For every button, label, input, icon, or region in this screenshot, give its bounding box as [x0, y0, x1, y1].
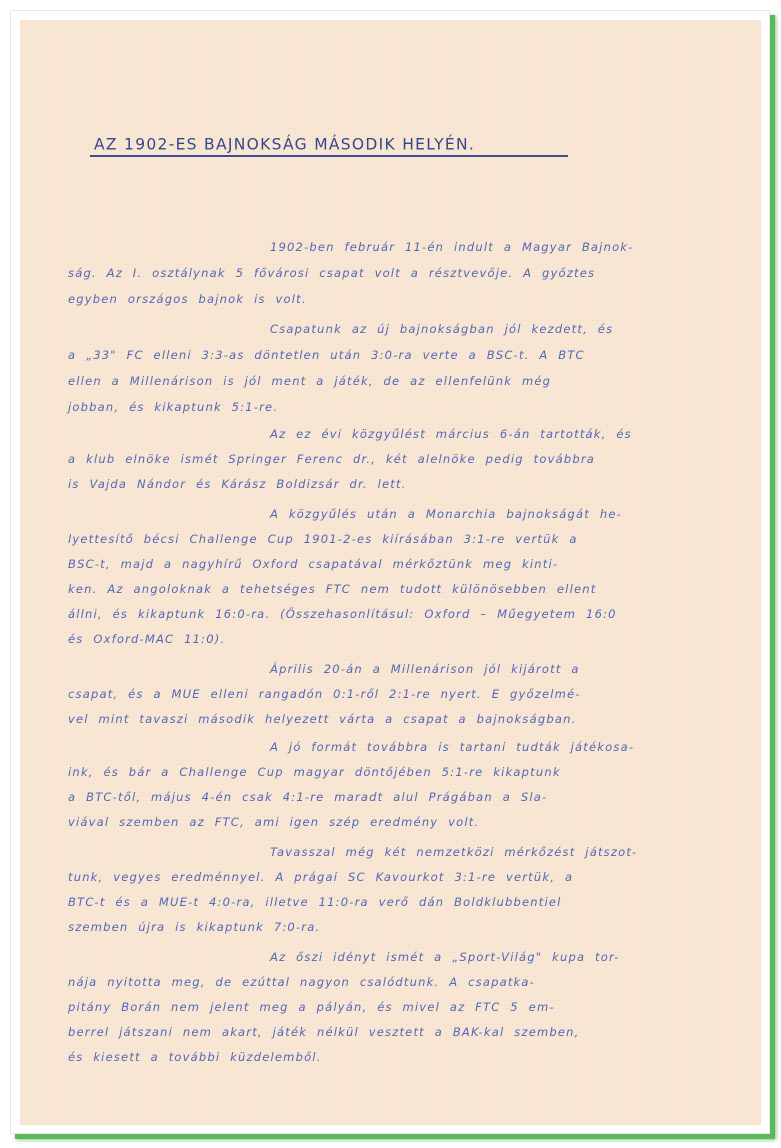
text-line: viával szemben az FTC, ami igen szép ere… [68, 815, 479, 829]
text-line: a klub elnöke ismét Springer Ferenc dr.,… [68, 452, 595, 466]
text-line: a BTC-től, május 4-én csak 4:1-re maradt… [68, 790, 547, 804]
text-line: Az ez évi közgyűlést március 6-án tartot… [270, 427, 632, 441]
text-line: Az őszi idényt ismét a „Sport-Világ" kup… [270, 950, 620, 964]
text-line: jobban, és kikaptunk 5:1-re. [68, 400, 278, 414]
text-line: szemben újra is kikaptunk 7:0-ra. [68, 920, 320, 934]
text-line: is Vajda Nándor és Kárász Boldizsár dr. … [68, 477, 407, 491]
text-line: vel mint tavaszi második helyezett várta… [68, 712, 576, 726]
text-line: Tavasszal még két nemzetközi mérkőzést j… [270, 845, 637, 859]
text-line: BTC-t és a MUE-t 4:0-ra, illetve 11:0-ra… [68, 895, 562, 909]
text-line: és kiesett a további küzdelemből. [68, 1050, 322, 1064]
title-underline [90, 155, 568, 157]
text-line: ellen a Millenárison is jól ment a játék… [68, 374, 551, 388]
text-line: lyettesítő bécsi Challenge Cup 1901-2-es… [68, 532, 578, 546]
text-line: A közgyűlés után a Monarchia bajnokságát… [270, 507, 622, 521]
text-line: pitány Borán nem jelent meg a pályán, és… [68, 1000, 555, 1014]
text-line: ken. Az angoloknak a tehetséges FTC nem … [68, 582, 596, 596]
text-line: állni, és kikaptunk 16:0-ra. (Összehason… [68, 607, 617, 621]
text-line: berrel játszani nem akart, játék nélkül … [68, 1025, 580, 1039]
text-line: csapat, és a MUE elleni rangadón 0:1-ről… [68, 687, 581, 701]
text-line: tunk, vegyes eredménnyel. A prágai SC Ka… [68, 870, 573, 884]
text-line: egyben országos bajnok is volt. [68, 292, 307, 306]
text-line: nája nyitotta meg, de ezúttal nagyon csa… [68, 975, 535, 989]
text-line: ink, és bár a Challenge Cup magyar döntő… [68, 765, 561, 779]
text-line: A jó formát továbbra is tartani tudták j… [270, 740, 634, 754]
page-title: AZ 1902-ES BAJNOKSÁG MÁSODIK HELYÉN. [94, 135, 569, 154]
text-line: és Oxford-MAC 11:0). [68, 632, 225, 646]
text-line: ság. Az I. osztálynak 5 fővárosi csapat … [68, 266, 595, 280]
text-line: BSC-t, majd a nagyhírű Oxford csapatával… [68, 557, 558, 571]
text-line: Április 20-án a Millenárison jól kijárot… [270, 662, 580, 676]
text-line: Csapatunk az új bajnokságban jól kezdett… [270, 322, 613, 336]
text-line: a „33" FC elleni 3:3-as döntetlen után 3… [68, 348, 585, 362]
text-line: 1902-ben február 11-én indult a Magyar B… [270, 240, 634, 254]
